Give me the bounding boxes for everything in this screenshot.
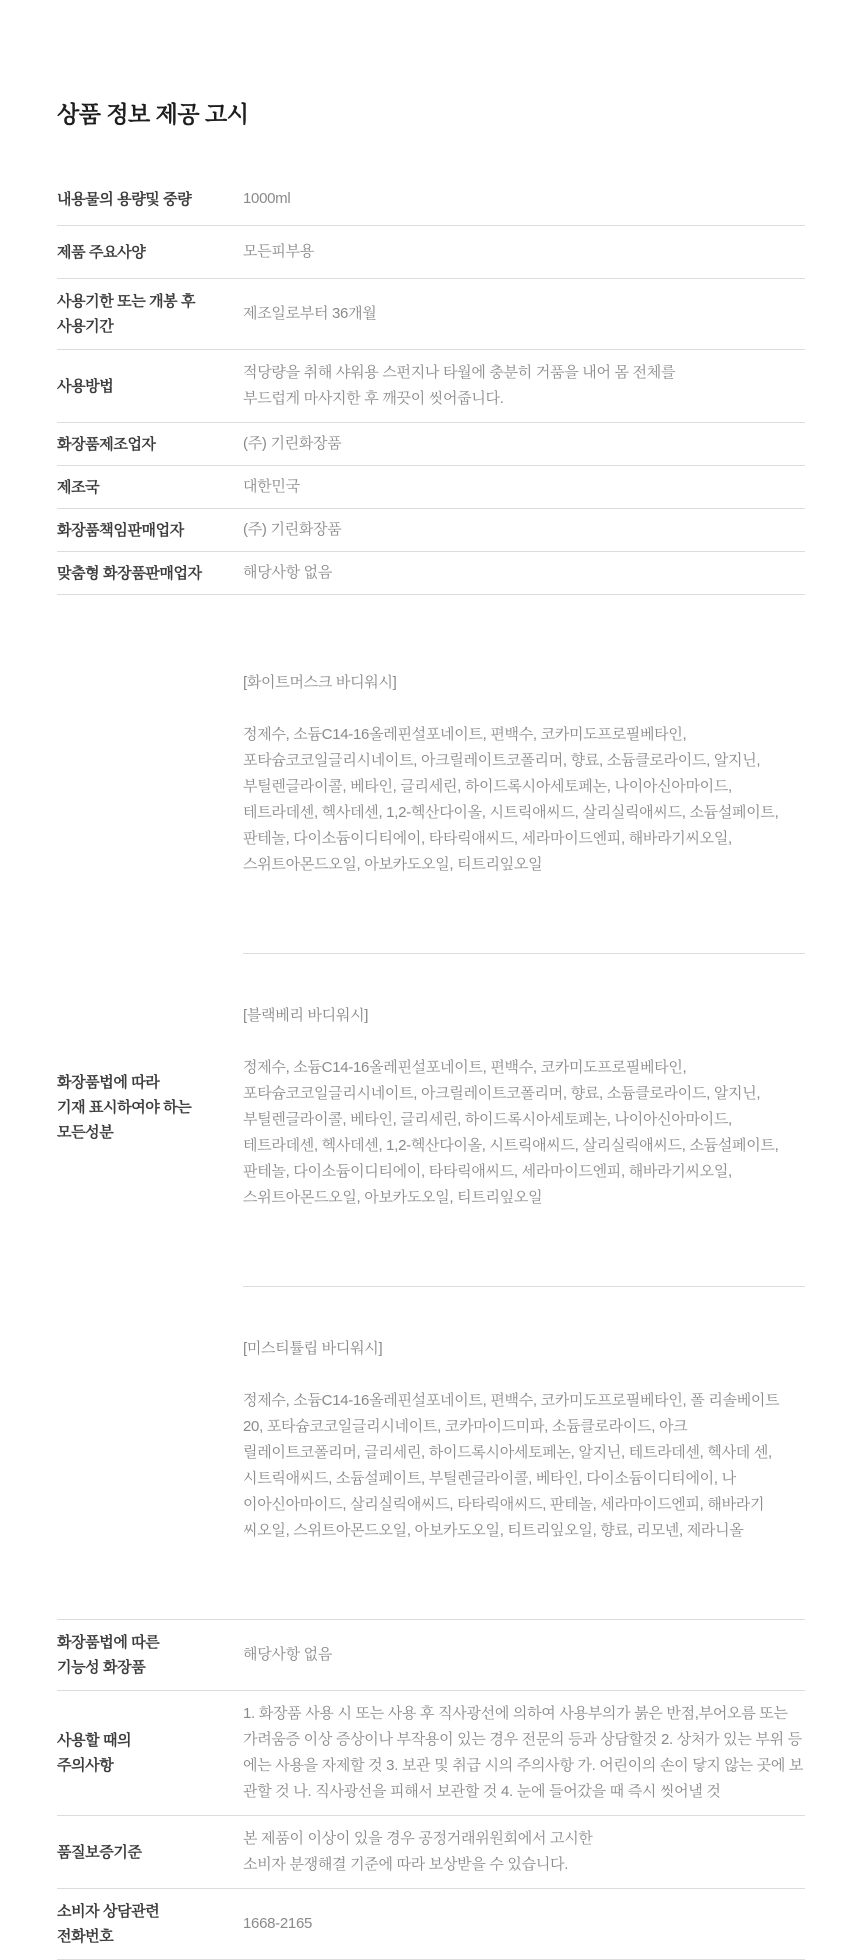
row-value: 제조일로부터 36개월 [243,301,805,327]
ingredient-block-title: [미스티튤립 바디워시] [243,1336,805,1362]
table-row-capacity: 내용물의 용량및 중량 1000ml [57,173,805,226]
page-title: 상품 정보 제공 고시 [57,96,860,129]
table-row-functional: 화장품법에 따른 기능성 화장품 해당사항 없음 [57,1620,805,1691]
ingredient-block-blackberry: [블랙베리 바디워시] 정제수, 소듐C14-16올레핀설포네이트, 편백수, … [243,953,805,1260]
ingredient-block-title: [화이트머스크 바디워시] [243,670,805,696]
row-label: 소비자 상담관련 전화번호 [57,1899,243,1949]
row-label: 화장품법에 따라 기재 표시하여야 하는 모든성분 [57,1070,243,1145]
ingredient-block-misty-tulip: [미스티튤립 바디워시] 정제수, 소듐C14-16올레핀설포네이트, 편백수,… [243,1286,805,1593]
row-value: 본 제품이 이상이 있을 경우 공정거래위원회에서 고시한 소비자 분쟁해결 기… [243,1826,805,1878]
row-label: 화장품제조업자 [57,432,243,457]
ingredient-block-title: [블랙베리 바디워시] [243,1003,805,1029]
ingredient-block-text: 정제수, 소듐C14-16올레핀설포네이트, 편백수, 코카미도프로필베타인, … [243,1388,805,1544]
row-label: 사용기한 또는 개봉 후 사용기간 [57,289,243,339]
row-value: 해당사항 없음 [243,1642,805,1668]
row-value: 적당량을 취해 샤워용 스펀지나 타월에 충분히 거품을 내어 몸 전체를 부드… [243,360,805,412]
row-label: 제조국 [57,475,243,500]
product-info-table: 내용물의 용량및 중량 1000ml 제품 주요사양 모든피부용 사용기한 또는… [57,173,805,1960]
row-value: 1000ml [243,186,805,212]
table-row-spec: 제품 주요사양 모든피부용 [57,226,805,279]
row-value: 1. 화장품 사용 시 또는 사용 후 직사광선에 의하여 사용부의가 붉은 반… [243,1701,805,1805]
row-label: 화장품법에 따른 기능성 화장품 [57,1630,243,1680]
row-value: (주) 기린화장품 [243,517,805,543]
row-label: 품질보증기준 [57,1840,243,1865]
row-label: 제품 주요사양 [57,240,243,265]
row-value: 1668-2165 [243,1911,805,1937]
row-label: 맞춤형 화장품판매업자 [57,561,243,586]
table-row-precautions: 사용할 때의 주의사항 1. 화장품 사용 시 또는 사용 후 직사광선에 의하… [57,1691,805,1816]
table-row-seller: 화장품책임판매업자 (주) 기린화장품 [57,509,805,552]
table-row-expiry: 사용기한 또는 개봉 후 사용기간 제조일로부터 36개월 [57,279,805,350]
row-value: [화이트머스크 바디워시] 정제수, 소듐C14-16올레핀설포네이트, 편백수… [243,595,805,1619]
table-row-ingredients: 화장품법에 따라 기재 표시하여야 하는 모든성분 [화이트머스크 바디워시] … [57,595,805,1620]
row-label: 내용물의 용량및 중량 [57,187,243,212]
row-label: 사용방법 [57,374,243,399]
ingredient-block-text: 정제수, 소듐C14-16올레핀설포네이트, 편백수, 코카미도프로필베타인, … [243,1055,805,1211]
table-row-customer-service: 소비자 상담관련 전화번호 1668-2165 [57,1889,805,1960]
row-value: 모든피부용 [243,239,805,265]
table-row-warranty: 품질보증기준 본 제품이 이상이 있을 경우 공정거래위원회에서 고시한 소비자… [57,1816,805,1889]
ingredient-block-white-musk: [화이트머스크 바디워시] 정제수, 소듐C14-16올레핀설포네이트, 편백수… [243,621,805,927]
row-value: 해당사항 없음 [243,560,805,586]
table-row-usage: 사용방법 적당량을 취해 샤워용 스펀지나 타월에 충분히 거품을 내어 몸 전… [57,350,805,423]
table-row-manufacturer: 화장품제조업자 (주) 기린화장품 [57,423,805,466]
row-value: 대한민국 [243,474,805,500]
ingredient-block-text: 정제수, 소듐C14-16올레핀설포네이트, 편백수, 코카미도프로필베타인, … [243,722,805,878]
table-row-country: 제조국 대한민국 [57,466,805,509]
row-value: (주) 기린화장품 [243,431,805,457]
table-row-custom-seller: 맞춤형 화장품판매업자 해당사항 없음 [57,552,805,595]
row-label: 화장품책임판매업자 [57,518,243,543]
row-label: 사용할 때의 주의사항 [57,1728,243,1778]
